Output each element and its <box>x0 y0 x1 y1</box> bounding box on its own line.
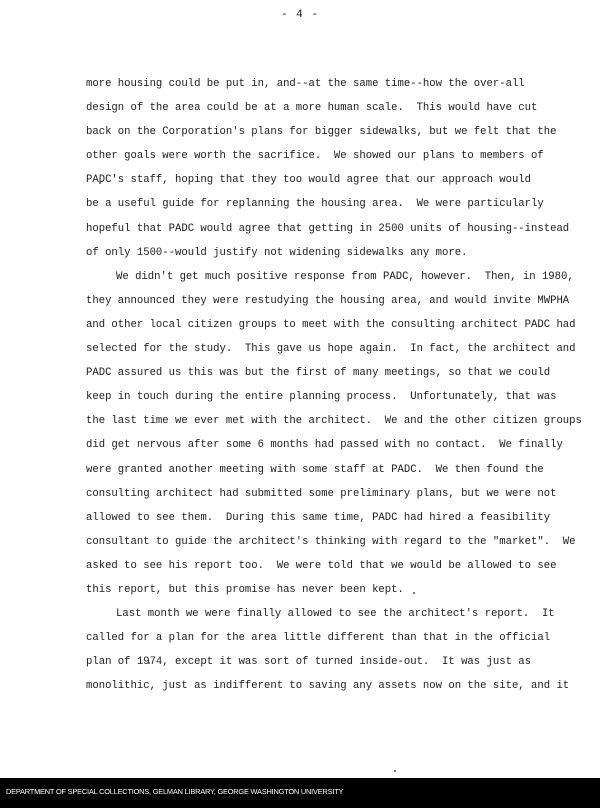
text-line: did get nervous after some 6 months had … <box>86 433 566 457</box>
scan-speck <box>99 182 101 184</box>
scan-speck <box>148 662 150 664</box>
text-line: PADC's staff, hoping that they too would… <box>86 168 566 192</box>
page-number: - 4 - <box>0 9 600 21</box>
document-body: more housing could be put in, and--at th… <box>86 72 566 698</box>
text-line: consultant to guide the architect's thin… <box>86 530 566 554</box>
text-line: the last time we ever met with the archi… <box>86 409 566 433</box>
text-line: back on the Corporation's plans for bigg… <box>86 120 566 144</box>
text-line: asked to see his report too. We were tol… <box>86 554 566 578</box>
document-page: - 4 - more housing could be put in, and-… <box>0 0 600 778</box>
text-line: PADC assured us this was but the first o… <box>86 361 566 385</box>
text-line: called for a plan for the area little di… <box>86 626 566 650</box>
text-line: keep in touch during the entire planning… <box>86 385 566 409</box>
text-line: and other local citizen groups to meet w… <box>86 313 566 337</box>
text-line: design of the area could be at a more hu… <box>86 96 566 120</box>
text-line: this report, but this promise has never … <box>86 578 566 602</box>
text-line: consulting architect had submitted some … <box>86 482 566 506</box>
text-line: hopeful that PADC would agree that getti… <box>86 217 566 241</box>
text-line: be a useful guide for replanning the hou… <box>86 192 566 216</box>
text-line: of only 1500--would justify not widening… <box>86 241 566 265</box>
text-line: more housing could be put in, and--at th… <box>86 72 566 96</box>
scan-speck <box>413 592 415 594</box>
archive-credit-bar: DEPARTMENT OF SPECIAL COLLECTIONS, GELMA… <box>0 778 600 808</box>
text-line: Last month we were finally allowed to se… <box>86 602 566 626</box>
text-line: monolithic, just as indifferent to savin… <box>86 674 566 698</box>
text-line: We didn't get much positive response fro… <box>86 265 566 289</box>
text-line: selected for the study. This gave us hop… <box>86 337 566 361</box>
text-line: were granted another meeting with some s… <box>86 458 566 482</box>
scan-speck <box>394 770 396 772</box>
text-line: they announced they were restudying the … <box>86 289 566 313</box>
archive-credit-text: DEPARTMENT OF SPECIAL COLLECTIONS, GELMA… <box>6 787 343 796</box>
text-line: other goals were worth the sacrifice. We… <box>86 144 566 168</box>
text-line: allowed to see them. During this same ti… <box>86 506 566 530</box>
text-line: plan of 1974, except it was sort of turn… <box>86 650 566 674</box>
